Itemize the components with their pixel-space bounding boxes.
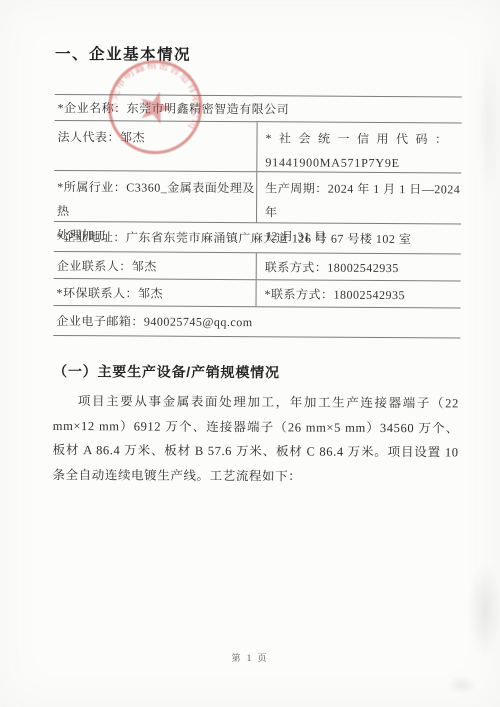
cell-industry: *所属行业：C3360_金属表面处理及热 处理加工	[54, 171, 257, 222]
table-row-industry-period: *所属行业：C3360_金属表面处理及热 处理加工 生产周期：2024 年 1 …	[54, 171, 461, 224]
cell-contact-phone: 联系方式：18002542935	[257, 253, 461, 280]
company-info-table: *企业名称：东莞市明鑫精密智造有限公司 法人代表：邹杰 *社会统一信用代码： 9…	[53, 94, 461, 338]
cell-email: 企业电子邮箱：940025745@qq.com	[53, 306, 460, 337]
table-row-legal-rep-credit-code: 法人代表：邹杰 *社会统一信用代码： 91441900MA571P7Y9E	[54, 121, 461, 173]
table-row-address: *企业地址：广东省东莞市麻涌镇广麻大道 126 号 67 号楼 102 室	[54, 222, 461, 254]
page-number: 第 1 页	[0, 651, 500, 664]
cell-env-contact-phone: *联系方式：18002542935	[256, 280, 460, 307]
period-line-1: 生产周期：2024 年 1 月 1 日—2024 年	[265, 176, 461, 225]
table-row-contact: 企业联系人：邹杰 联系方式：18002542935	[54, 252, 461, 281]
table-row-company-name: *企业名称：东莞市明鑫精密智造有限公司	[55, 95, 462, 123]
cell-env-contact-person: *环保联系人：邹杰	[54, 279, 257, 306]
credit-code-label: *社会统一信用代码：	[265, 126, 461, 151]
cell-company-name: *企业名称：东莞市明鑫精密智造有限公司	[55, 95, 462, 122]
industry-line-1: *所属行业：C3360_金属表面处理及热	[57, 175, 256, 224]
table-row-email: 企业电子邮箱：940025745@qq.com	[53, 306, 460, 338]
cell-production-period: 生产周期：2024 年 1 月 1 日—2024 年 12 月 31 日	[257, 172, 461, 223]
section-heading: （一）主要生产设备/产销规模情况	[53, 361, 280, 382]
cell-address: *企业地址：广东省东莞市麻涌镇广麻大道 126 号 67 号楼 102 室	[54, 222, 461, 253]
cell-contact-person: 企业联系人：邹杰	[54, 252, 257, 279]
scanned-content: 一、企业基本情况 *企业名称：东莞市明鑫精密智造有限公司 法人代表：邹杰 *社会…	[0, 0, 500, 707]
body-paragraph: 项目主要从事金属表面处理加工，年加工生产连接器端子（22 mm×12 mm）69…	[52, 389, 459, 489]
table-row-env-contact: *环保联系人：邹杰 *联系方式：18002542935	[53, 279, 460, 308]
document-page: 一、企业基本情况 *企业名称：东莞市明鑫精密智造有限公司 法人代表：邹杰 *社会…	[0, 0, 500, 707]
cell-credit-code: *社会统一信用代码： 91441900MA571P7Y9E	[257, 122, 461, 172]
page-title: 一、企业基本情况	[55, 42, 191, 65]
legal-rep-text: 法人代表：邹杰	[57, 125, 256, 150]
cell-legal-rep: 法人代表：邹杰	[54, 121, 257, 171]
